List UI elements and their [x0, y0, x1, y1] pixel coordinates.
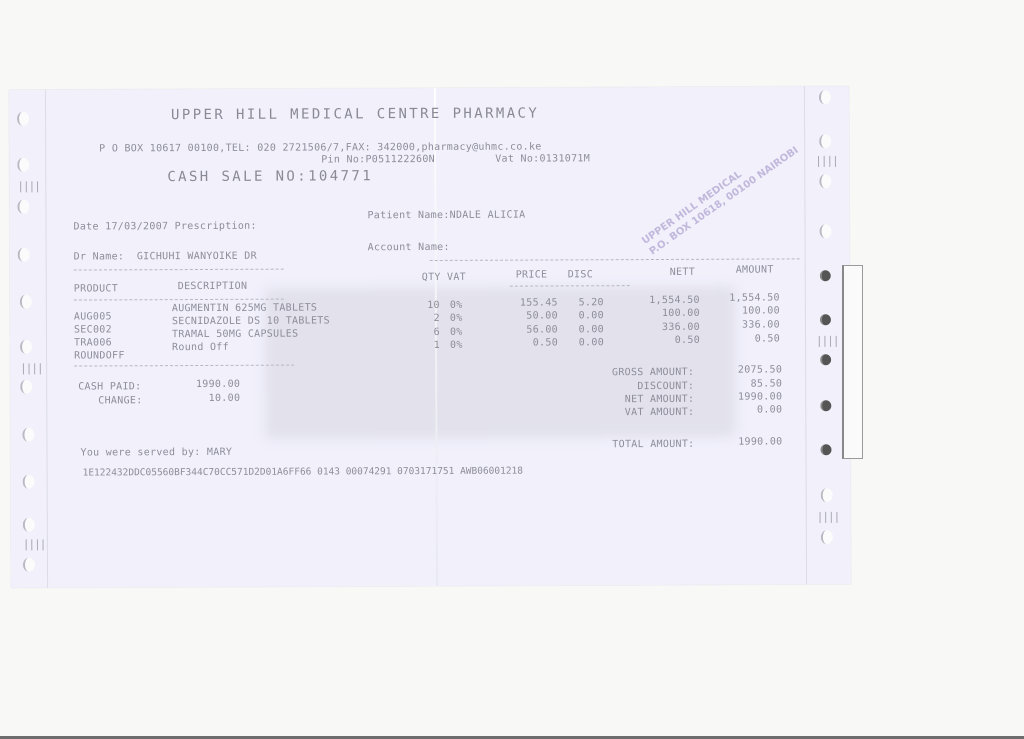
perforation-mark-icon: ||||: [817, 510, 840, 523]
row-qty: 10: [420, 300, 440, 311]
served-by: You were served by: MARY: [80, 447, 232, 459]
divider: [74, 299, 284, 301]
table-row: TRA006 TRAMAL 50MG CAPSULES 6 0% 56.00 0…: [9, 86, 849, 90]
vat-amount-value: 0.00: [716, 404, 782, 415]
perforation-mark-icon: ||||: [816, 334, 839, 347]
perforation-mark-icon: ||||: [815, 154, 838, 167]
row-vat: 0%: [450, 340, 463, 351]
row-vat: 0%: [450, 300, 463, 311]
row-nett: 100.00: [636, 308, 700, 319]
header-qty-vat: QTY VAT: [422, 272, 466, 283]
cash-sale-number: CASH SALE NO:104771: [167, 168, 373, 185]
gross-amount-value: 2075.50: [716, 364, 782, 375]
account-name: Account Name:: [368, 242, 450, 253]
pharmacy-stamp: UPPER HILL MEDICAL P.O. BOX 10618, 00100…: [640, 133, 802, 258]
perforation-mark-icon: ||||: [17, 180, 40, 193]
net-amount-value: 1990.00: [716, 391, 782, 402]
header-amount: AMOUNT: [736, 264, 774, 275]
total-amount-label: TOTAL AMOUNT:: [570, 439, 694, 451]
row-disc: 0.00: [566, 310, 604, 321]
stamp-line-1: UPPER HILL MEDICAL: [640, 169, 744, 247]
perforation-hole-icon: [821, 530, 833, 544]
header-price: PRICE: [516, 269, 548, 280]
row-qty: 1: [420, 340, 440, 351]
row-product: TRA006: [74, 337, 112, 348]
row-price: 155.45: [506, 297, 558, 308]
row-nett: 1,554.50: [636, 295, 700, 306]
perforation-hole-icon: [820, 354, 831, 365]
perforation-hole-icon: [17, 158, 29, 172]
header-disc: DISC: [568, 269, 593, 280]
pharmacy-name: UPPER HILL MEDICAL CENTRE PHARMACY: [171, 106, 539, 124]
row-amount: 1,554.50: [716, 292, 780, 303]
change-label: CHANGE:: [98, 395, 142, 406]
row-qty: 2: [420, 313, 440, 324]
patient-name: Patient Name:NDALE ALICIA: [367, 210, 525, 222]
perforation-hole-icon: [20, 340, 32, 354]
table-row: ROUNDOFF Round Off 1 0% 0.50 0.00 0.50 0…: [9, 86, 849, 90]
perforation-hole-icon: [820, 224, 832, 238]
vat-amount-label: VAT AMOUNT:: [570, 407, 694, 419]
attached-slip: [842, 265, 863, 459]
divider: [74, 365, 294, 367]
doctor-name: Dr Name: GICHUHI WANYOIKE DR: [74, 251, 257, 263]
tractor-edge-left: |||| |||| ||||: [9, 90, 48, 588]
address-line: P O BOX 10617 00100,TEL: 020 2721506/7,F…: [99, 142, 541, 155]
perforation-hole-icon: [819, 134, 831, 148]
receipt: |||| |||| |||| |||| |||| |||| UPPER HILL…: [9, 86, 851, 588]
cash-paid-label: CASH PAID:: [78, 381, 141, 392]
header-product: PRODUCT: [74, 283, 118, 294]
row-disc: 0.00: [566, 324, 604, 335]
row-description: AUGMENTIN 625MG TABLETS: [172, 302, 317, 314]
perforation-hole-icon: [820, 444, 831, 455]
row-product: AUG005: [74, 311, 112, 322]
perforation-hole-icon: [820, 270, 831, 281]
gross-amount-label: GROSS AMOUNT:: [570, 367, 694, 379]
perforation-hole-icon: [18, 248, 30, 262]
row-product: ROUNDOFF: [74, 350, 125, 361]
stamp-line-2: P.O. BOX 10618, 00100 NAIROBI: [648, 145, 801, 258]
row-description: SECNIDAZOLE DS 10 TABLETS: [172, 315, 330, 327]
row-nett: 336.00: [636, 322, 700, 333]
row-amount: 336.00: [716, 319, 780, 330]
table-row: SEC002 SECNIDAZOLE DS 10 TABLETS 2 0% 50…: [9, 86, 849, 90]
row-disc: 0.00: [566, 337, 604, 348]
date-prescription: Date 17/03/2007 Prescription:: [73, 221, 256, 233]
perforation-hole-icon: [23, 518, 35, 532]
header-description: DESCRIPTION: [178, 281, 248, 292]
table-row: AUG005 AUGMENTIN 625MG TABLETS 10 0% 155…: [9, 86, 849, 90]
perforation-mark-icon: ||||: [20, 362, 43, 375]
header-nett: NETT: [670, 267, 695, 278]
row-description: Round Off: [172, 342, 229, 353]
transaction-code: 1E122432DDC05560BF344C70CC571D2D01A6FF66…: [83, 466, 523, 479]
row-product: SEC002: [74, 324, 112, 335]
perforation-hole-icon: [20, 295, 32, 309]
cash-paid-value: 1990.00: [170, 379, 240, 390]
row-price: 56.00: [506, 324, 558, 335]
row-vat: 0%: [450, 327, 463, 338]
total-amount-value: 1990.00: [716, 436, 782, 447]
divider: [430, 258, 800, 261]
perforation-hole-icon: [23, 558, 35, 572]
perforation-hole-icon: [821, 488, 833, 502]
discount-value: 85.50: [716, 378, 782, 389]
divider: [74, 269, 284, 271]
perforation-hole-icon: [820, 400, 831, 411]
perforation-hole-icon: [17, 200, 29, 214]
perforation-hole-icon: [819, 174, 831, 188]
row-amount: 0.50: [716, 333, 780, 344]
perforation-hole-icon: [23, 475, 35, 489]
row-disc: 5.20: [566, 297, 604, 308]
row-amount: 100.00: [716, 305, 780, 316]
row-price: 0.50: [506, 337, 558, 348]
row-price: 50.00: [506, 310, 558, 321]
row-description: TRAMAL 50MG CAPSULES: [172, 329, 298, 341]
perforation-hole-icon: [820, 314, 831, 325]
vat-number: Vat No:0131071M: [495, 153, 590, 164]
discount-label: DISCOUNT:: [570, 381, 694, 393]
pin-number: Pin No:P051122260N: [321, 154, 435, 165]
net-amount-label: NET AMOUNT:: [570, 394, 694, 406]
row-nett: 0.50: [636, 335, 700, 346]
row-qty: 6: [420, 327, 440, 338]
perforation-hole-icon: [20, 380, 32, 394]
perforation-hole-icon: [819, 90, 831, 104]
change-value: 10.00: [170, 393, 240, 404]
row-vat: 0%: [450, 313, 463, 324]
perforation-hole-icon: [22, 428, 34, 442]
perforation-hole-icon: [17, 112, 29, 126]
perforation-mark-icon: ||||: [23, 538, 46, 551]
